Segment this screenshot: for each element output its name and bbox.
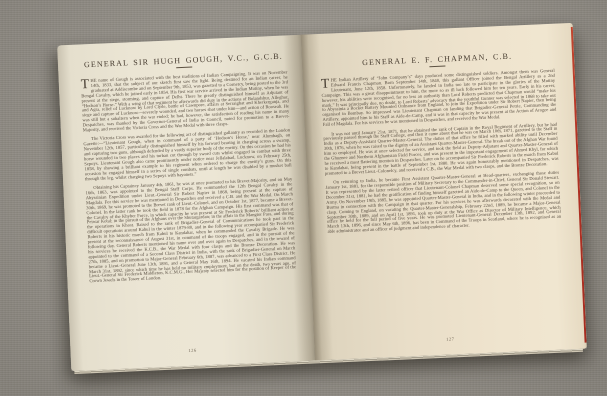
right-page-content: GENERAL E. F. CHAPMAN, C.B. THE Indian A… [301, 23, 587, 361]
photo-backdrop: GENERAL SIR HUGH GOUGH, V.C., G.C.B. THE… [0, 0, 607, 396]
right-paragraph-1: THE Indian Artillery of “John Company’s”… [321, 69, 557, 128]
right-paragraph-3: On returning to India, he became First A… [325, 171, 561, 235]
right-paragraph-2: It was not until January 21st, 1871, tha… [323, 122, 559, 176]
left-page: GENERAL SIR HUGH GOUGH, V.C., G.C.B. THE… [57, 35, 315, 371]
drop-cap: T [321, 79, 331, 90]
left-paragraph-1: THE name of Gough is associated with the… [81, 70, 290, 133]
left-title-rule [176, 67, 192, 69]
right-page: GENERAL E. F. CHAPMAN, C.B. THE Indian A… [301, 23, 587, 361]
left-page-content: GENERAL SIR HUGH GOUGH, V.C., G.C.B. THE… [57, 35, 315, 371]
right-paragraph-1-text: HE Indian Artillery of “John Company’s” … [321, 68, 556, 127]
drop-cap: T [81, 79, 91, 90]
left-paragraph-1-text: HE name of Gough is associated with the … [81, 69, 289, 132]
right-title-rule [429, 65, 445, 67]
open-book: GENERAL SIR HUGH GOUGH, V.C., G.C.B. THE… [57, 23, 587, 371]
left-page-number: 126 [71, 342, 315, 358]
left-paragraph-2: The Victoria Cross was awarded for the f… [83, 129, 292, 182]
right-page-number: 127 [314, 331, 586, 348]
left-paragraph-3: Obtaining his Captaincy January 4th, 186… [85, 177, 296, 284]
